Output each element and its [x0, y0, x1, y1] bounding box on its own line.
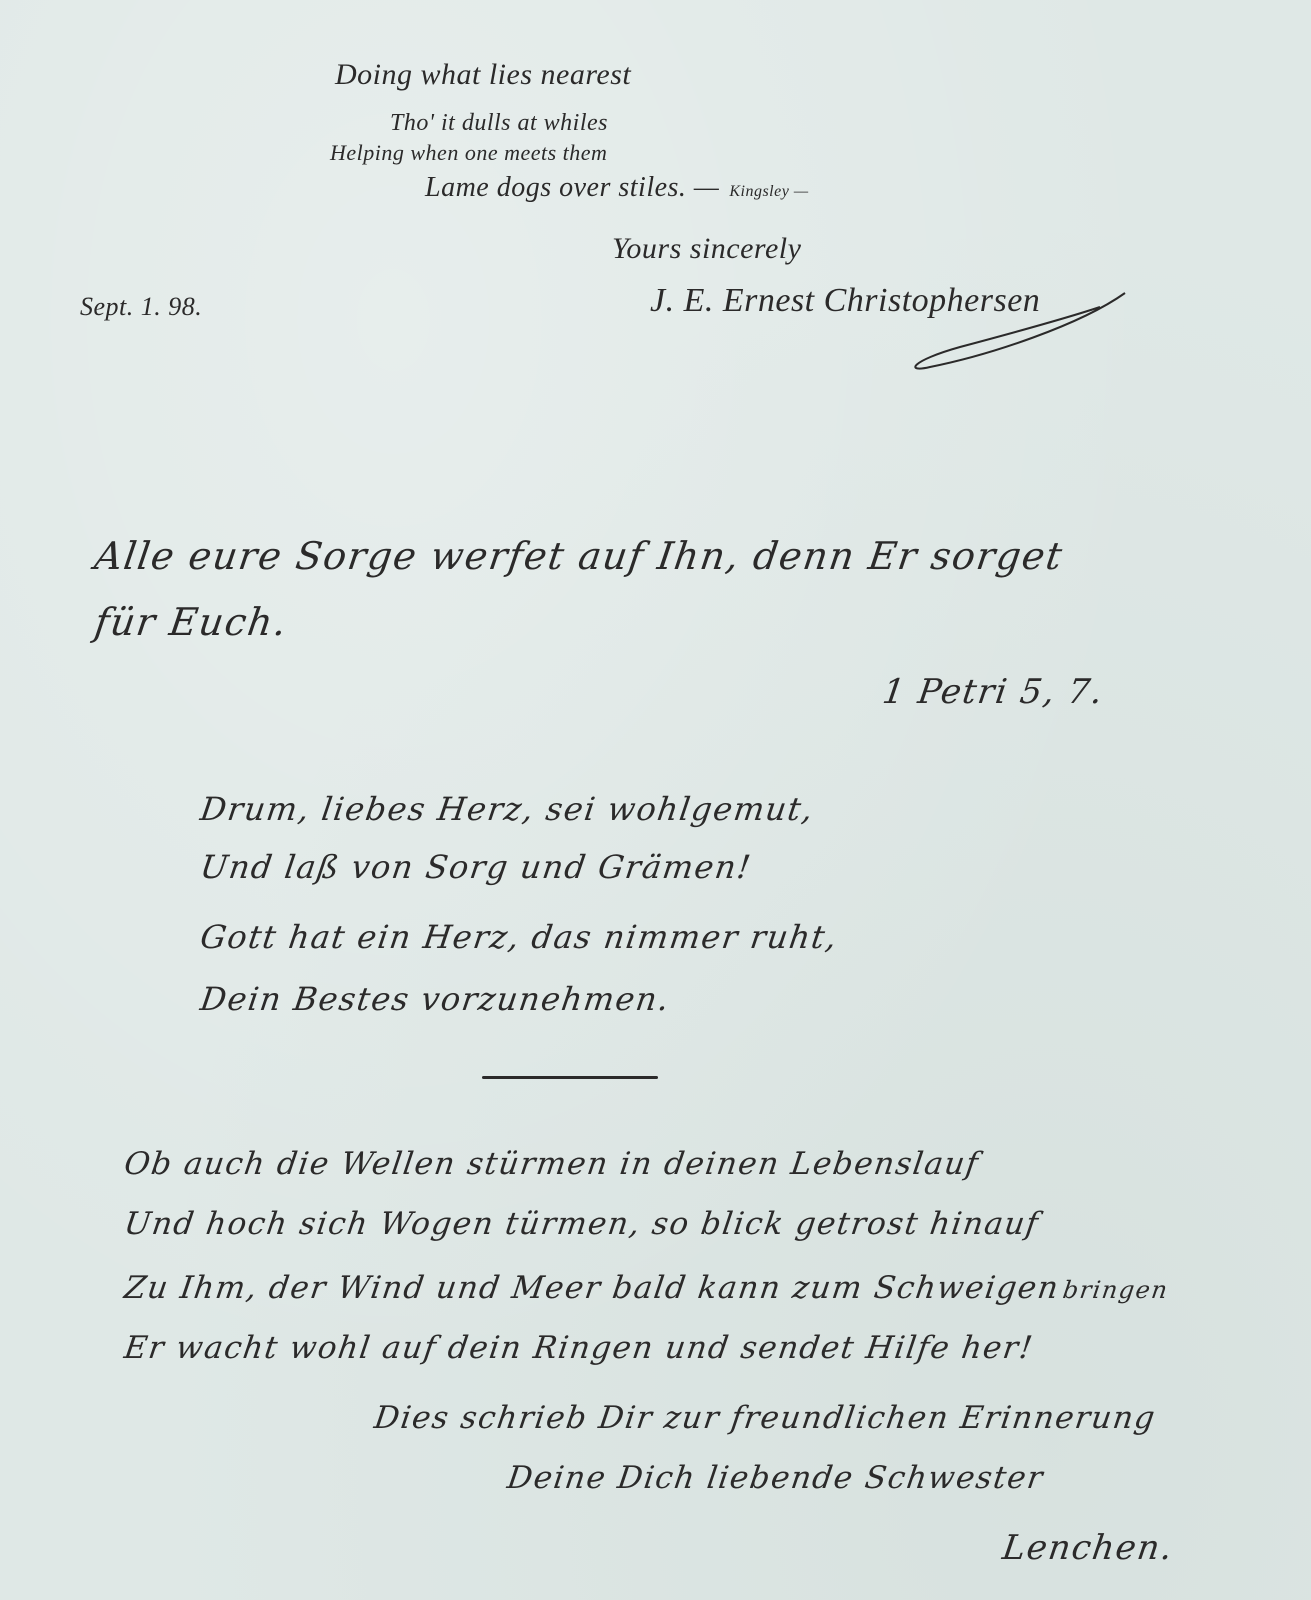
poem-line-3-text: Zu Ihm, der Wind und Meer bald kann zum …: [122, 1270, 1062, 1306]
quote-line-3: Helping when one meets them: [330, 140, 607, 166]
quote-line-4: Lame dogs over stiles. —Kingsley —: [425, 172, 809, 204]
signature-german: Lenchen.: [1000, 1528, 1176, 1568]
poem-line-3: Zu Ihm, der Wind und Meer bald kann zum …: [122, 1270, 1171, 1306]
dedication-line-1: Dies schrieb Dir zur freundlichen Erinne…: [372, 1400, 1158, 1436]
bible-verse-line-1: Alle eure Sorge werfet auf Ihn, denn Er …: [92, 534, 1066, 578]
stanza-line-2: Und laß von Sorg und Grämen!: [198, 848, 754, 886]
poem-line-3-tail: bringen: [1061, 1276, 1170, 1304]
signature-flourish-icon: [900, 285, 1130, 375]
poem-line-2: Und hoch sich Wogen türmen, so blick get…: [122, 1206, 1041, 1242]
dedication-line-2: Deine Dich liebende Schwester: [505, 1460, 1046, 1496]
stanza-line-4: Dein Bestes vorzunehmen.: [198, 980, 673, 1018]
stanza-line-3: Gott hat ein Herz, das nimmer ruht,: [198, 918, 840, 956]
quote-attribution: Kingsley —: [729, 183, 808, 200]
verse-reference: 1 Petri 5, 7.: [880, 672, 1106, 712]
closing-salutation: Yours sincerely: [612, 232, 801, 266]
entry-date: Sept. 1. 98.: [80, 292, 202, 322]
bible-verse-line-2: für Euch.: [92, 600, 291, 644]
poem-line-4: Er wacht wohl auf dein Ringen und sendet…: [122, 1330, 1036, 1366]
stanza-line-1: Drum, liebes Herz, sei wohlgemut,: [198, 790, 817, 828]
album-page: Doing what lies nearest Tho' it dulls at…: [0, 0, 1311, 1600]
quote-line-1: Doing what lies nearest: [335, 58, 631, 92]
quote-line-4-text: Lame dogs over stiles. —: [425, 172, 719, 203]
section-divider: [482, 1076, 658, 1079]
quote-line-2: Tho' it dulls at whiles: [390, 110, 608, 137]
poem-line-1: Ob auch die Wellen stürmen in deinen Leb…: [122, 1146, 981, 1182]
